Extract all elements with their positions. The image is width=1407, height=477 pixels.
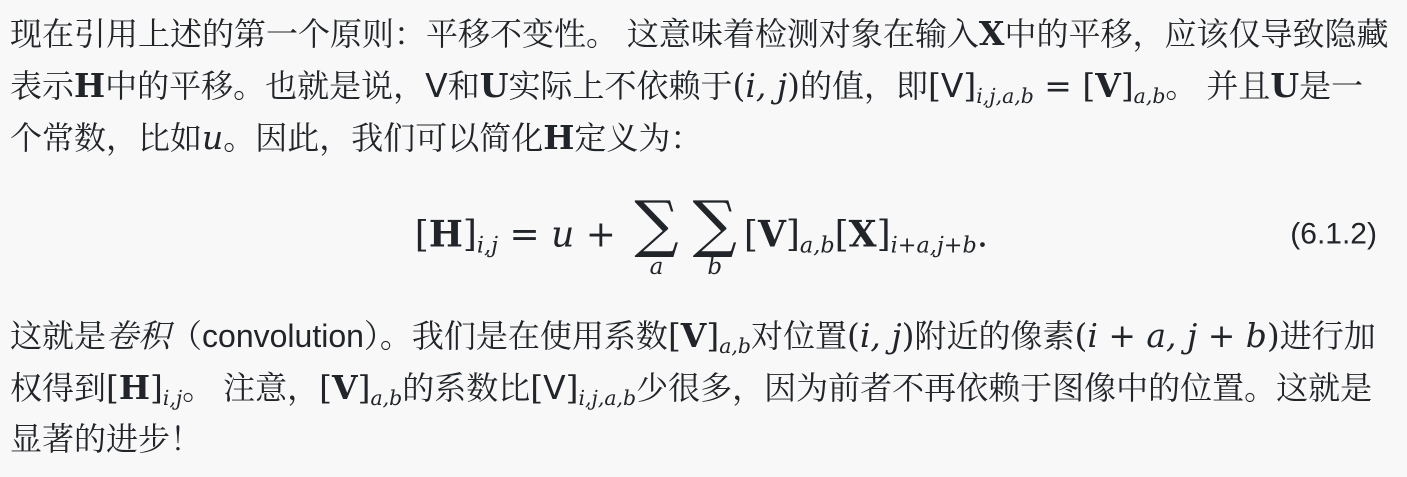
math-segment: [	[1082, 66, 1095, 105]
math-subscript: a,b	[370, 386, 402, 410]
text-segment: 的值，即	[800, 68, 928, 104]
text-segment: 。 并且	[1165, 68, 1270, 104]
math-segment: .	[977, 214, 988, 255]
text-segment: 附近的像素	[914, 318, 1074, 354]
math-segment: ]i+a,j+b	[877, 214, 977, 255]
math-segment: V	[543, 368, 566, 407]
math-segment: i, j	[745, 66, 787, 105]
math-segment: )	[1267, 316, 1280, 355]
math-segment: [	[319, 368, 332, 407]
text-segment: 实际上不依赖于	[508, 68, 732, 104]
math-segment: ]i,j,a,b	[566, 368, 636, 407]
math-segment: ]a,b	[786, 214, 835, 255]
math-segment: )	[787, 66, 800, 105]
math-segment: V	[1095, 66, 1121, 105]
paragraph-translation-invariance: 现在引用上述的第一个原则：平移不变性。 这意味着检测对象在输入X中的平移，应该仅…	[10, 8, 1393, 164]
math-segment: ]i,j	[150, 368, 182, 407]
text-segment: 对位置	[751, 318, 847, 354]
text-segment: 定义为：	[574, 120, 702, 156]
math-segment: H	[429, 213, 463, 255]
math-segment: ]a,b	[706, 316, 751, 355]
math-segment: V	[425, 66, 448, 105]
math-subscript: i+a,j+b	[891, 233, 977, 259]
summation-symbol: ∑b	[693, 195, 737, 280]
math-segment: V	[941, 66, 964, 105]
equation-number: (6.1.2)	[1290, 220, 1377, 250]
text-segment: （convolution）。我们是在使用系数	[170, 318, 668, 354]
summation-symbol: ∑a	[634, 195, 678, 280]
text-segment: 。 注意，	[182, 370, 319, 406]
math-segment: ]i,j,a,b	[963, 66, 1033, 105]
math-segment: u	[551, 214, 574, 255]
math-segment: ]a,b	[1121, 66, 1166, 105]
paragraph-convolution: 这就是卷积（convolution）。我们是在使用系数[V]a,b对位置(i, …	[10, 310, 1393, 465]
text-segment: 这就是	[10, 318, 106, 354]
math-segment: =	[1034, 66, 1083, 105]
math-segment: [	[928, 66, 941, 105]
math-segment: X	[979, 14, 1005, 53]
math-segment: +	[574, 214, 627, 255]
math-subscript: i,j,a,b	[578, 386, 636, 410]
document-page: 现在引用上述的第一个原则：平移不变性。 这意味着检测对象在输入X中的平移，应该仅…	[0, 0, 1407, 465]
math-segment: =	[498, 214, 551, 255]
math-segment: X	[849, 213, 877, 255]
text-segment: 。因此，我们可以简化	[223, 120, 543, 156]
math-segment: ]i,j	[463, 214, 498, 255]
math-segment: (	[847, 316, 860, 355]
math-segment: [	[744, 214, 758, 255]
math-subscript: i,j	[477, 233, 498, 259]
math-segment: H	[74, 66, 105, 105]
math-segment: u	[202, 118, 223, 157]
math-segment: V	[332, 368, 358, 407]
math-segment: i, j	[860, 316, 902, 355]
text-segment: 现在引用上述的第一个原则：平移不变性。 这意味着检测对象在输入	[10, 16, 979, 52]
sigma-glyph: ∑	[693, 195, 737, 254]
sigma-glyph: ∑	[634, 195, 678, 254]
math-subscript: i,j,a,b	[976, 84, 1034, 108]
math-segment: U	[1270, 66, 1299, 105]
math-segment: (	[733, 66, 746, 105]
math-segment: [	[415, 214, 429, 255]
math-segment: [	[835, 214, 849, 255]
math-segment: V	[681, 316, 707, 355]
math-segment: H	[543, 118, 574, 157]
math-segment: [	[106, 368, 119, 407]
math-segment: U	[480, 66, 509, 105]
math-segment: [	[530, 368, 543, 407]
math-subscript: i,j	[163, 386, 182, 410]
text-segment: 卷积	[106, 318, 170, 354]
math-segment: (	[1074, 316, 1087, 355]
math-subscript: a,b	[800, 233, 835, 259]
equation-6-1-2: [H]i,j = u + ∑a∑b[V]a,b[X]i+a,j+b.	[415, 195, 988, 280]
math-segment: ]a,b	[358, 368, 403, 407]
math-segment: [	[668, 316, 681, 355]
equation-block: [H]i,j = u + ∑a∑b[V]a,b[X]i+a,j+b. (6.1.…	[10, 178, 1393, 296]
math-subscript: a,b	[719, 334, 751, 358]
text-segment: 中的平移。也就是说，	[105, 68, 425, 104]
math-subscript: a,b	[1134, 84, 1166, 108]
math-segment: H	[119, 368, 150, 407]
text-segment: 的系数比	[402, 370, 530, 406]
summation-index: b	[707, 256, 722, 279]
text-segment: 和	[448, 68, 480, 104]
math-segment: )	[902, 316, 915, 355]
math-segment: V	[758, 213, 786, 255]
summation-index: a	[650, 256, 664, 279]
math-segment: i + a, j + b	[1087, 316, 1267, 355]
